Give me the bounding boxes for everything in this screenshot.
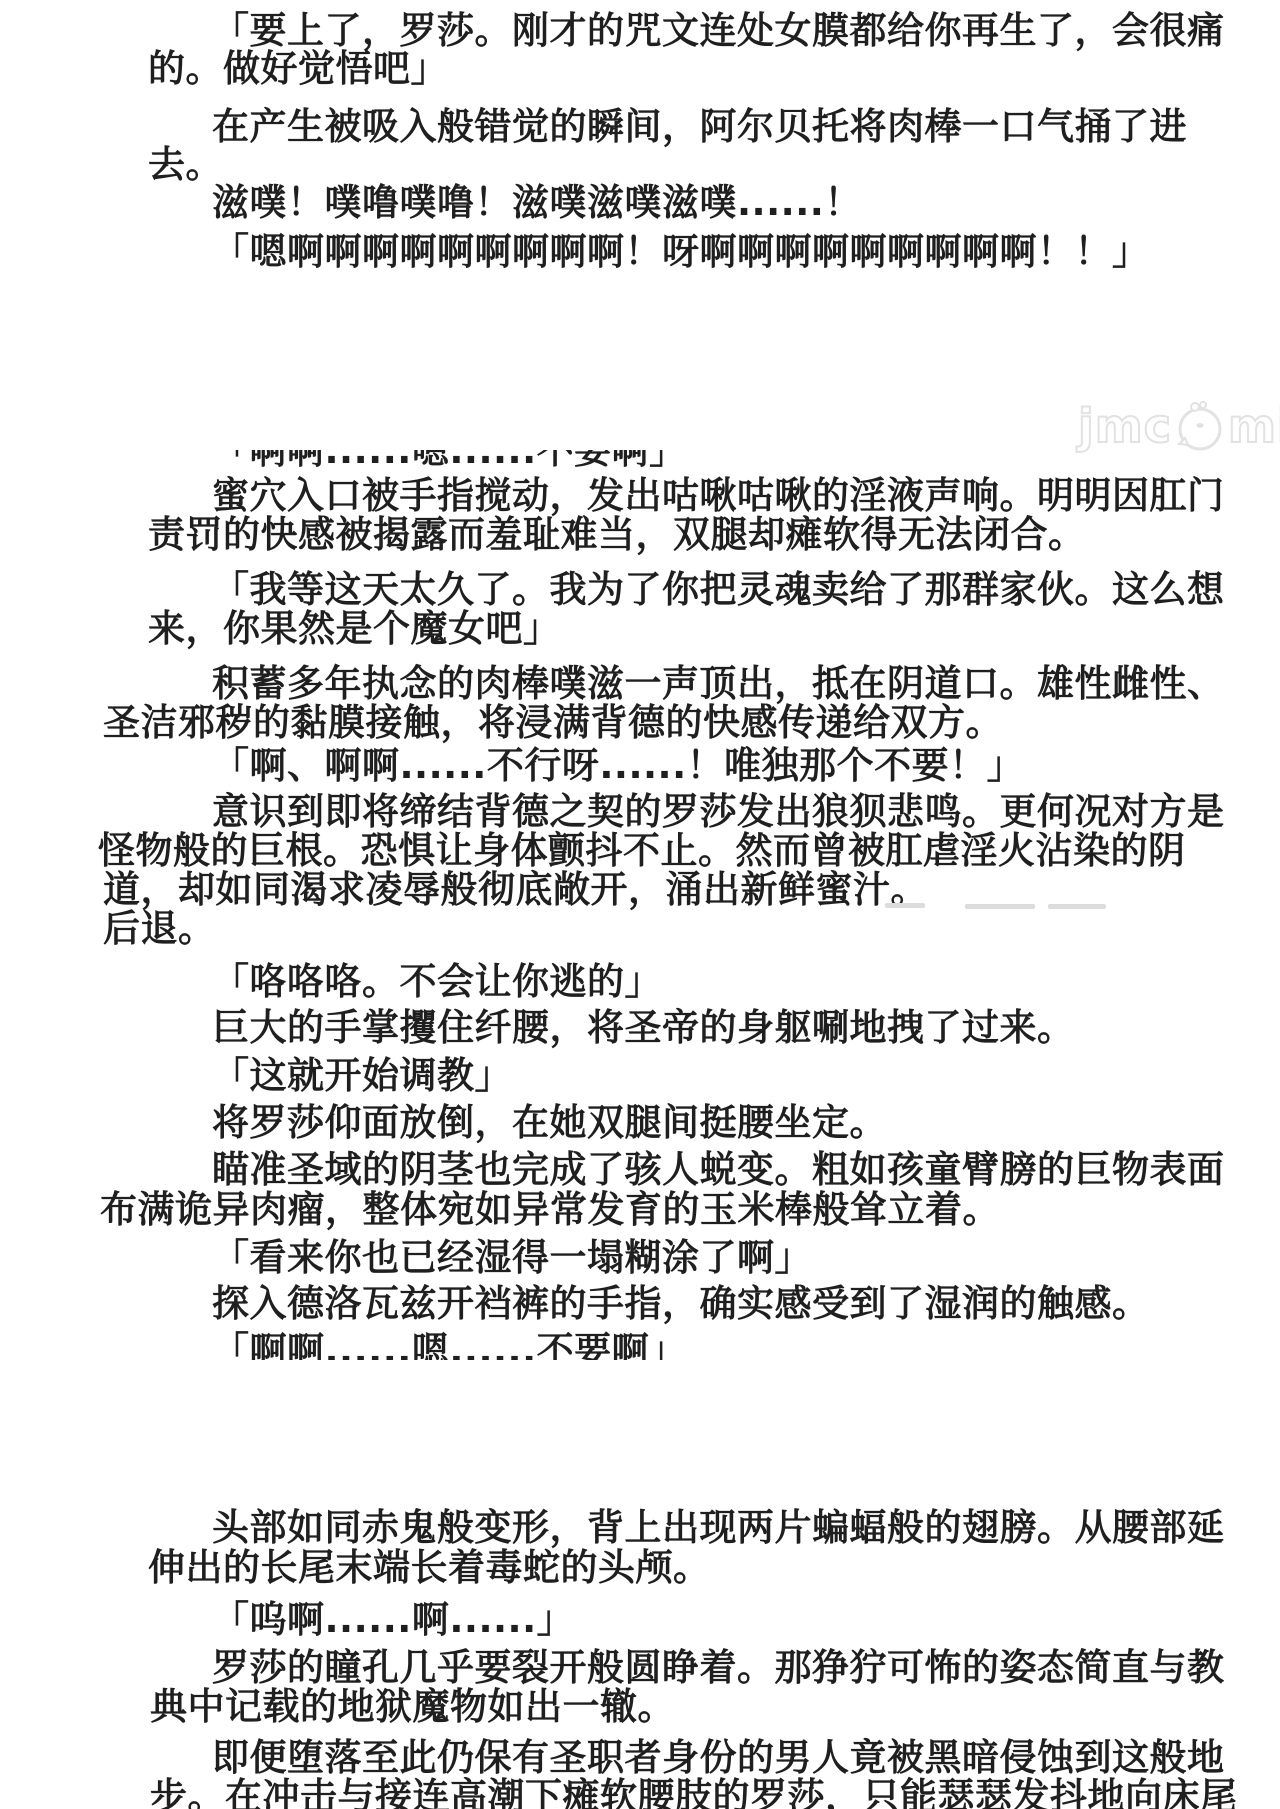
text-line: 罗莎的瞳孔几乎要裂开般圆睁着。那狰狞可怖的姿态简直与教 [212,1649,1225,1688]
text-line: 「咯咯咯。不会让你逃的」 [212,963,662,1002]
text-line: 探入德洛瓦兹开裆裤的手指，确实感受到了湿润的触感。 [212,1285,1150,1324]
text-line: 滋噗！噗噜噗噜！滋噗滋噗滋噗......！ [212,184,862,223]
text-line: 「要上了，罗莎。刚才的咒文连处女膜都给你再生了，会很痛 [212,12,1225,51]
text-line: 「看来你也已经湿得一塌糊涂了啊」 [212,1239,812,1278]
text-line: 「这就开始调教」 [212,1057,512,1096]
text-line: 怪物般的巨根。恐惧让身体颤抖不止。然而曾被肛虐淫火沾染的阴 [98,832,1186,871]
watermark-text-right: mic [1228,399,1280,453]
text-line: 将罗莎仰面放倒，在她双腿间挺腰坐定。 [212,1104,887,1143]
text-line: 「嗯啊啊啊啊啊啊啊啊啊！呀啊啊啊啊啊啊啊啊啊！！」 [212,233,1150,272]
text-line: 布满诡异肉瘤，整体宛如异常发育的玉米棒般耸立着。 [100,1191,1000,1230]
text-line: 头部如同赤鬼般变形，背上出现两片蝙蝠般的翅膀。从腰部延 [212,1509,1225,1548]
text-line: 「我等这天太久了。我为了你把灵魂卖给了那群家伙。这么想 [212,571,1225,610]
text-line: 道，却如同渴求凌辱般彻底敞开，涌出新鲜蜜汁。 [103,871,928,910]
text-line: 伸出的长尾末端长着毒蛇的头颅。 [148,1549,711,1588]
text-line: 「呜啊......啊......」 [212,1601,574,1640]
text-line: 典中记载的地狱魔物如出一辙。 [150,1688,675,1727]
text-line: 巨大的手掌攫住纤腰，将圣帝的身躯唰地拽了过来。 [212,1009,1075,1048]
text-line: 蜜穴入口被手指搅动，发出咕啾咕啾的淫液声响。明明因肛门 [212,477,1225,516]
text-line: 的。做好觉悟吧」 [148,50,448,89]
text-line: 圣洁邪秽的黏膜接触，将浸满背德的快感传递给双方。 [103,704,1003,743]
text-line: 意识到即将缔结背德之契的罗莎发出狼狈悲鸣。更何况对方是 [212,793,1225,832]
text-line: 积蓄多年执念的肉棒噗滋一声顶出，抵在阴道口。雄性雌性、 [212,665,1225,704]
text-line: 步。在冲击与接连高潮下瘫软腰肢的罗莎，只能瑟瑟发抖地向床尾 [150,1778,1238,1809]
erased-text-remnant [885,903,925,908]
censor-whiteout-band [0,1360,1280,1506]
bird-mascot-icon [1172,398,1228,454]
text-line: 瞄准圣域的阴茎也完成了骇人蜕变。粗如孩童臂膀的巨物表面 [212,1151,1225,1190]
text-line: 「啊、啊啊......不行呀......！唯独那个不要！」 [212,747,1024,786]
text-line: 后退。 [103,910,216,949]
text-line: 去。 [148,146,223,185]
erased-text-remnant [1048,904,1106,909]
jmcomic-watermark: jmc mic [1078,398,1280,454]
text-line: 责罚的快感被揭露而羞耻难当，双腿却瘫软得无法闭合。 [148,516,1086,555]
text-line: 即便堕落至此仍保有圣职者身份的男人竟被黑暗侵蚀到这般地 [212,1739,1225,1778]
text-line: 来，你果然是个魔女吧」 [148,610,561,649]
novel-page: 「要上了，罗莎。刚才的咒文连处女膜都给你再生了，会很痛 的。做好觉悟吧」 在产生… [0,0,1280,1809]
erased-text-remnant [965,904,1035,909]
text-line: 在产生被吸入般错觉的瞬间，阿尔贝托将肉棒一口气捅了进 [212,108,1187,147]
watermark-text-left: jmc [1078,399,1172,453]
